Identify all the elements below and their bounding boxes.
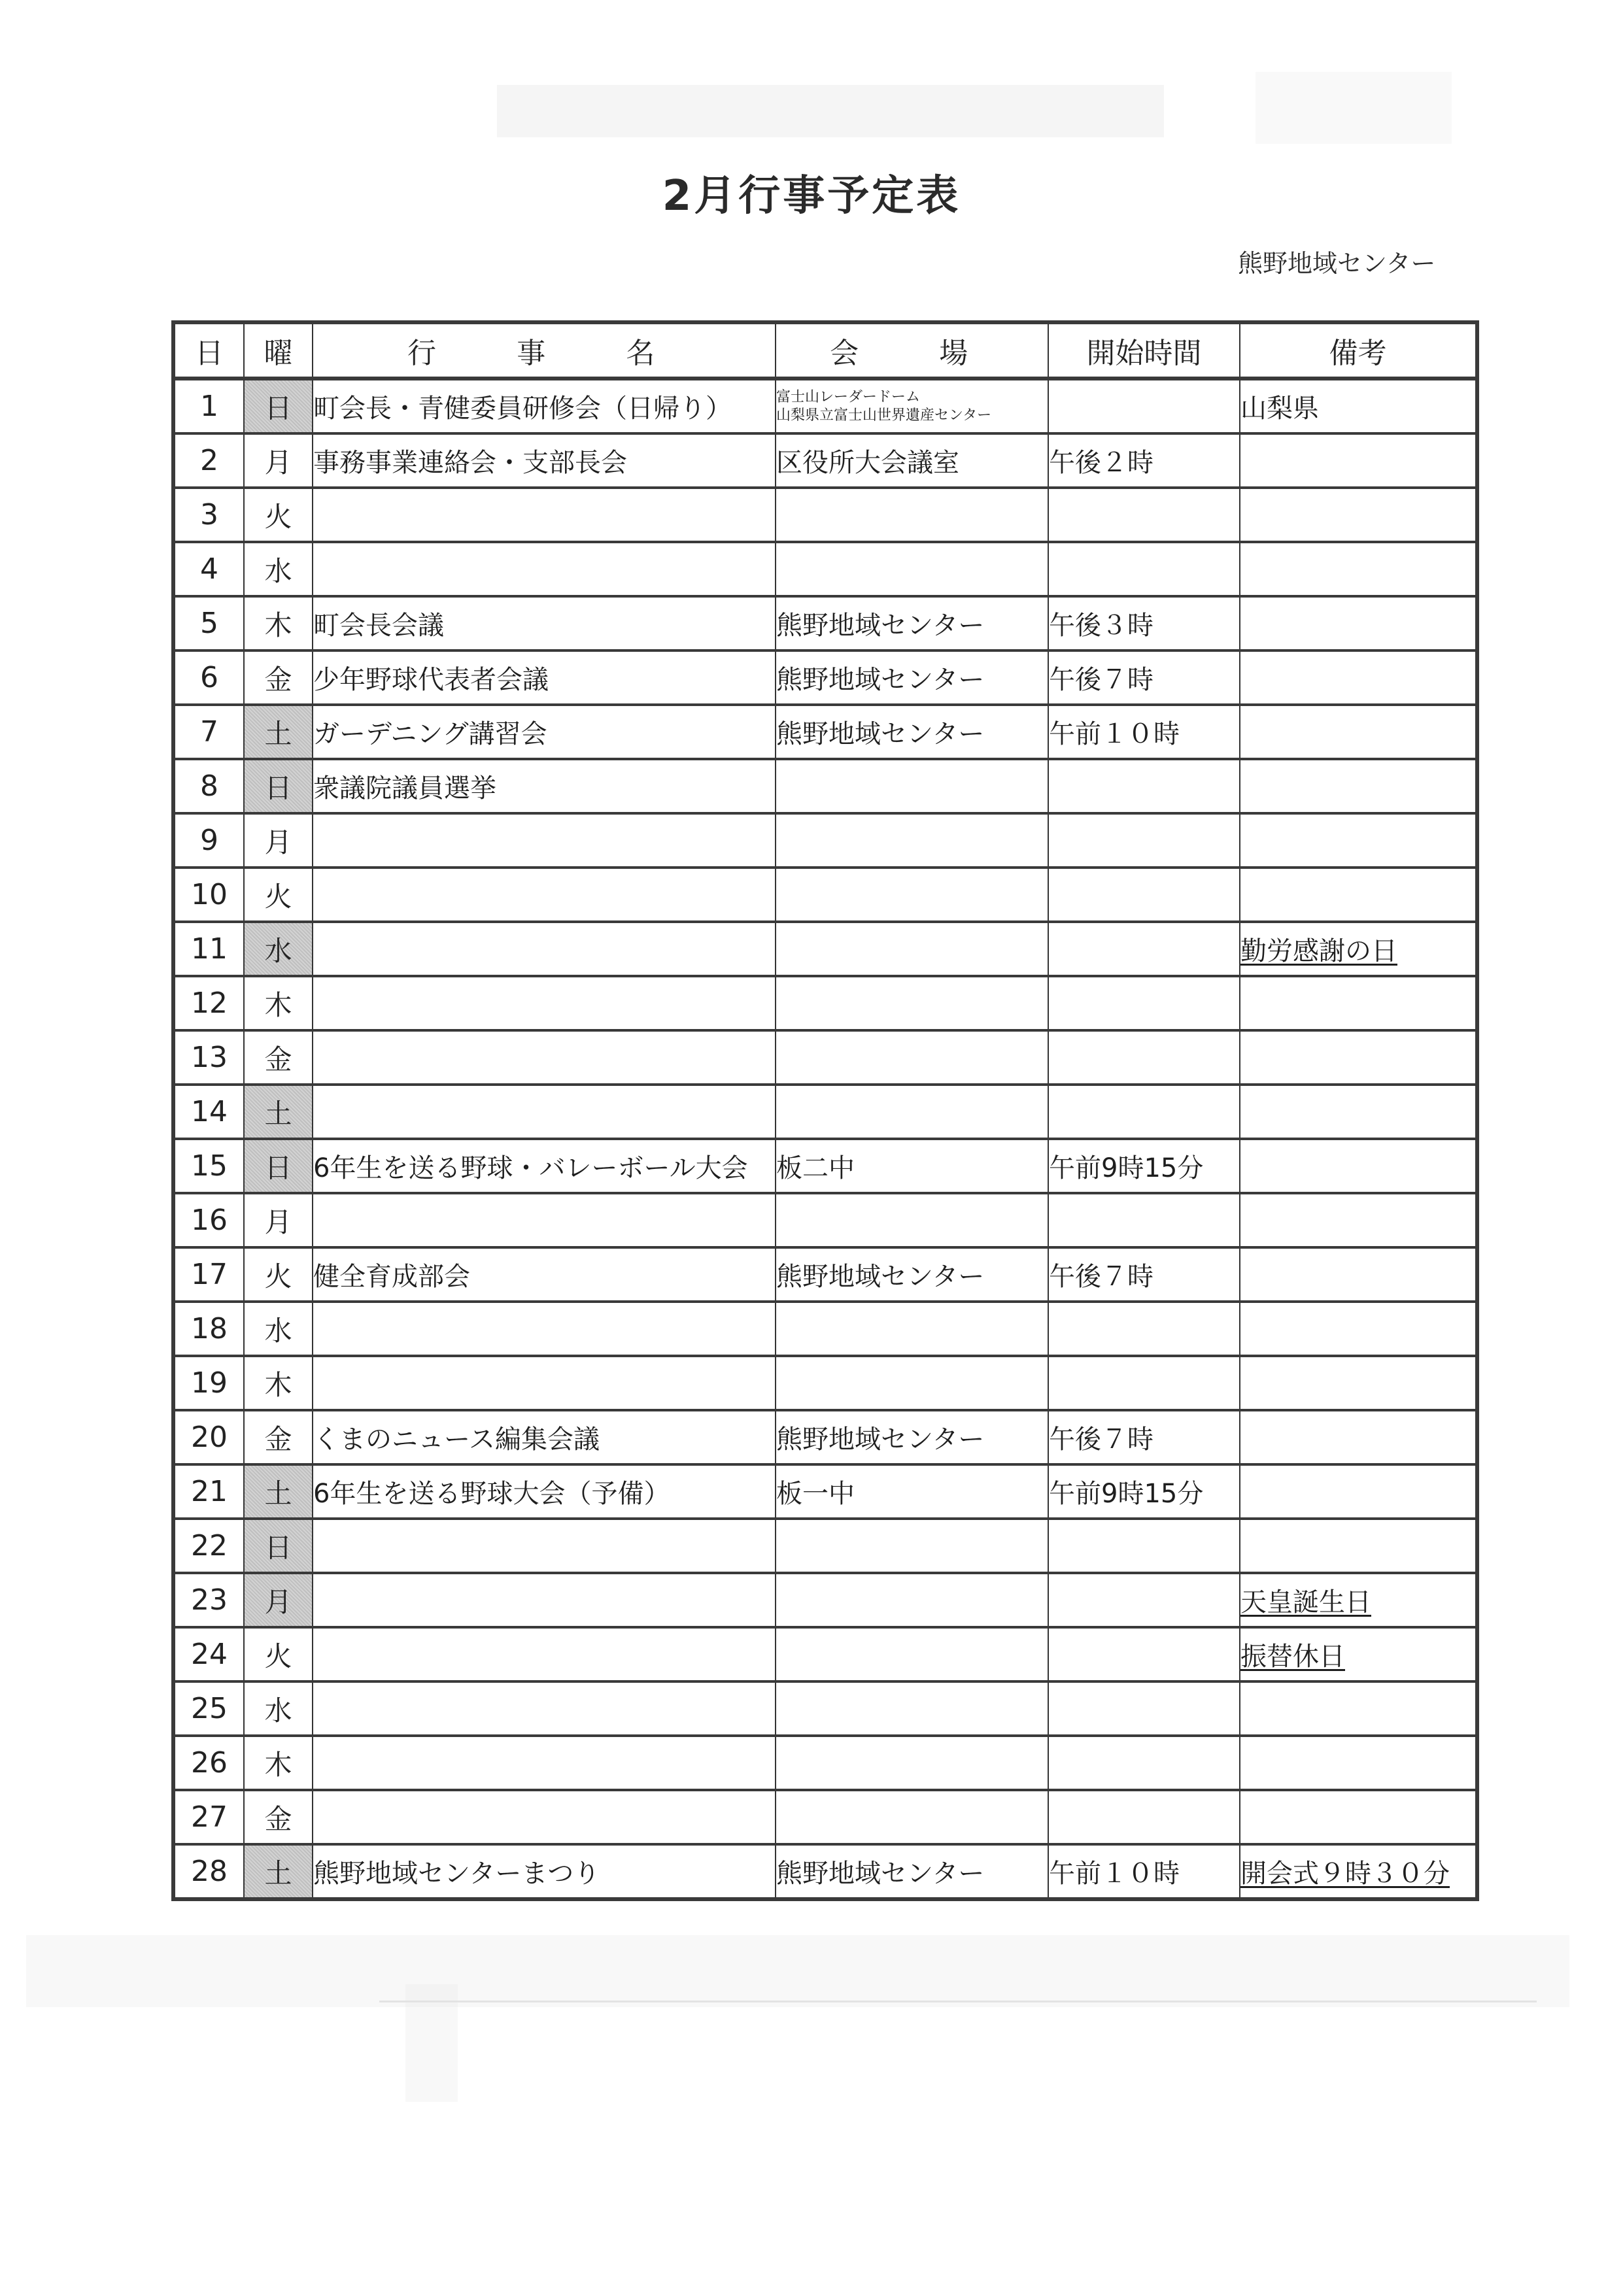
day-cell: 24 (173, 1627, 244, 1681)
table-row: 19木 (173, 1356, 1477, 1410)
start-time-cell (1048, 1736, 1240, 1790)
day-cell: 5 (173, 596, 244, 650)
event-name-cell (313, 1030, 776, 1085)
day-cell: 13 (173, 1030, 244, 1085)
venue-cell (776, 1736, 1048, 1790)
day-cell: 16 (173, 1193, 244, 1247)
venue-cell (776, 488, 1048, 542)
venue-cell (776, 1193, 1048, 1247)
venue-cell: 熊野地域センター (776, 1844, 1048, 1899)
venue-cell (776, 1627, 1048, 1681)
weekday-cell: 水 (244, 922, 313, 976)
table-row: 21土6年生を送る野球大会（予備）板一中午前9時15分 (173, 1464, 1477, 1519)
start-time-cell (1048, 1302, 1240, 1356)
table-row: 11水勤労感謝の日 (173, 922, 1477, 976)
table-row: 13金 (173, 1030, 1477, 1085)
day-cell: 23 (173, 1573, 244, 1627)
table-row: 6金少年野球代表者会議熊野地域センター午後７時 (173, 650, 1477, 705)
start-time-cell: 午後７時 (1048, 1410, 1240, 1464)
notes-cell (1240, 1464, 1477, 1519)
notes-cell (1240, 868, 1477, 922)
note-text: 振替休日 (1240, 1642, 1345, 1672)
day-cell: 4 (173, 542, 244, 596)
start-time-cell (1048, 1356, 1240, 1410)
table-row: 20金くまのニュース編集会議熊野地域センター午後７時 (173, 1410, 1477, 1464)
venue-cell: 熊野地域センター (776, 705, 1048, 759)
venue-cell (776, 813, 1048, 868)
bleed-through-texture (379, 2001, 1537, 2002)
note-text: 勤労感謝の日 (1240, 936, 1397, 966)
table-row: 10火 (173, 868, 1477, 922)
day-cell: 3 (173, 488, 244, 542)
start-time-cell (1048, 868, 1240, 922)
start-time-cell (1048, 813, 1240, 868)
start-time-cell (1048, 922, 1240, 976)
event-name-cell (313, 1085, 776, 1139)
venue-cell (776, 1085, 1048, 1139)
notes-cell (1240, 759, 1477, 813)
day-cell: 14 (173, 1085, 244, 1139)
start-time-cell (1048, 488, 1240, 542)
day-cell: 12 (173, 976, 244, 1030)
event-name-cell (313, 1627, 776, 1681)
weekday-cell: 土 (244, 1085, 313, 1139)
venue-cell (776, 1519, 1048, 1573)
notes-cell (1240, 1681, 1477, 1736)
event-name-cell: 熊野地域センターまつり (313, 1844, 776, 1899)
weekday-cell: 土 (244, 1464, 313, 1519)
venue-cell (776, 1356, 1048, 1410)
event-name-cell (313, 813, 776, 868)
table-row: 17火健全育成部会熊野地域センター午後７時 (173, 1247, 1477, 1302)
day-cell: 7 (173, 705, 244, 759)
header-notes: 備考 (1240, 322, 1477, 379)
schedule-table: 日 曜 行 事 名 会 場 開始時間 備考 1日町会長・青健委員研修会（日帰り）… (171, 320, 1479, 1901)
day-cell: 22 (173, 1519, 244, 1573)
notes-cell (1240, 1030, 1477, 1085)
bleed-through-texture (497, 85, 1164, 137)
venue-line: 山梨県立富士山世界遺産センター (776, 407, 1048, 425)
table-row: 26木 (173, 1736, 1477, 1790)
notes-cell (1240, 1790, 1477, 1844)
notes-cell (1240, 1410, 1477, 1464)
event-name-cell (313, 922, 776, 976)
start-time-cell: 午前１０時 (1048, 1844, 1240, 1899)
weekday-cell: 月 (244, 813, 313, 868)
day-cell: 28 (173, 1844, 244, 1899)
event-name-cell: 町会長・青健委員研修会（日帰り） (313, 379, 776, 433)
event-name-cell (313, 976, 776, 1030)
event-name-cell (313, 1302, 776, 1356)
table-row: 22日 (173, 1519, 1477, 1573)
table-row: 28土熊野地域センターまつり熊野地域センター午前１０時開会式９時３０分 (173, 1844, 1477, 1899)
day-cell: 20 (173, 1410, 244, 1464)
venue-cell: 熊野地域センター (776, 650, 1048, 705)
event-name-cell: 健全育成部会 (313, 1247, 776, 1302)
notes-cell (1240, 542, 1477, 596)
weekday-cell: 日 (244, 759, 313, 813)
event-name-cell (313, 1356, 776, 1410)
venue-cell (776, 868, 1048, 922)
event-name-cell: 6年生を送る野球・バレーボール大会 (313, 1139, 776, 1193)
notes-cell (1240, 596, 1477, 650)
weekday-cell: 木 (244, 1736, 313, 1790)
notes-cell: 勤労感謝の日 (1240, 922, 1477, 976)
table-row: 3火 (173, 488, 1477, 542)
notes-cell (1240, 1139, 1477, 1193)
weekday-cell: 木 (244, 976, 313, 1030)
event-name-cell: くまのニュース編集会議 (313, 1410, 776, 1464)
notes-cell (1240, 1193, 1477, 1247)
weekday-cell: 火 (244, 868, 313, 922)
weekday-cell: 火 (244, 488, 313, 542)
start-time-cell (1048, 1519, 1240, 1573)
notes-cell (1240, 488, 1477, 542)
venue-cell (776, 922, 1048, 976)
notes-cell (1240, 1519, 1477, 1573)
table-row: 8日衆議院議員選挙 (173, 759, 1477, 813)
weekday-cell: 金 (244, 1410, 313, 1464)
note-text: 天皇誕生日 (1240, 1587, 1371, 1617)
venue-cell: 板一中 (776, 1464, 1048, 1519)
weekday-cell: 金 (244, 1030, 313, 1085)
weekday-cell: 月 (244, 1573, 313, 1627)
weekday-cell: 火 (244, 1247, 313, 1302)
notes-cell (1240, 1736, 1477, 1790)
weekday-cell: 日 (244, 1139, 313, 1193)
organization-name: 熊野地域センター (1238, 243, 1435, 279)
weekday-cell: 金 (244, 650, 313, 705)
notes-cell (1240, 433, 1477, 488)
table-row: 27金 (173, 1790, 1477, 1844)
table-row: 18水 (173, 1302, 1477, 1356)
table-row: 4水 (173, 542, 1477, 596)
notes-cell (1240, 650, 1477, 705)
table-row: 1日町会長・青健委員研修会（日帰り）富士山レーダードーム山梨県立富士山世界遺産セ… (173, 379, 1477, 433)
venue-cell: 板二中 (776, 1139, 1048, 1193)
weekday-cell: 土 (244, 1844, 313, 1899)
venue-cell (776, 1302, 1048, 1356)
start-time-cell (1048, 1573, 1240, 1627)
table-row: 7土ガーデニング講習会熊野地域センター午前１０時 (173, 705, 1477, 759)
notes-cell: 開会式９時３０分 (1240, 1844, 1477, 1899)
venue-cell: 区役所大会議室 (776, 433, 1048, 488)
header-weekday: 曜 (244, 322, 313, 379)
day-cell: 15 (173, 1139, 244, 1193)
event-name-cell: 事務事業連絡会・支部長会 (313, 433, 776, 488)
venue-cell (776, 759, 1048, 813)
day-cell: 9 (173, 813, 244, 868)
event-name-cell (313, 488, 776, 542)
day-cell: 19 (173, 1356, 244, 1410)
start-time-cell (1048, 759, 1240, 813)
event-name-cell (313, 1519, 776, 1573)
event-name-cell (313, 1681, 776, 1736)
start-time-cell (1048, 379, 1240, 433)
start-time-cell (1048, 542, 1240, 596)
venue-line: 富士山レーダードーム (776, 388, 1048, 407)
day-cell: 17 (173, 1247, 244, 1302)
notes-cell (1240, 976, 1477, 1030)
header-day: 日 (173, 322, 244, 379)
table-row: 12木 (173, 976, 1477, 1030)
header-start-time: 開始時間 (1048, 322, 1240, 379)
event-name-cell (313, 1736, 776, 1790)
venue-cell (776, 1030, 1048, 1085)
weekday-cell: 月 (244, 433, 313, 488)
weekday-cell: 木 (244, 1356, 313, 1410)
start-time-cell: 午前１０時 (1048, 705, 1240, 759)
day-cell: 27 (173, 1790, 244, 1844)
weekday-cell: 水 (244, 1681, 313, 1736)
start-time-cell (1048, 1790, 1240, 1844)
header-venue: 会 場 (776, 322, 1048, 379)
start-time-cell: 午前9時15分 (1048, 1139, 1240, 1193)
notes-cell (1240, 1247, 1477, 1302)
table-row: 5木町会長会議熊野地域センター午後３時 (173, 596, 1477, 650)
start-time-cell: 午後７時 (1048, 650, 1240, 705)
table-row: 14土 (173, 1085, 1477, 1139)
bleed-through-texture (1256, 72, 1452, 144)
event-name-cell: ガーデニング講習会 (313, 705, 776, 759)
notes-cell (1240, 813, 1477, 868)
event-name-cell (313, 1790, 776, 1844)
event-name-cell: 6年生を送る野球大会（予備） (313, 1464, 776, 1519)
header-event: 行 事 名 (313, 322, 776, 379)
notes-cell: 振替休日 (1240, 1627, 1477, 1681)
table-row: 15日6年生を送る野球・バレーボール大会板二中午前9時15分 (173, 1139, 1477, 1193)
table-row: 25水 (173, 1681, 1477, 1736)
table-row: 9月 (173, 813, 1477, 868)
bleed-through-texture (26, 1935, 1569, 2007)
day-cell: 11 (173, 922, 244, 976)
page-title: 2月行事予定表 (0, 162, 1623, 222)
day-cell: 8 (173, 759, 244, 813)
start-time-cell: 午後７時 (1048, 1247, 1240, 1302)
table-row: 2月事務事業連絡会・支部長会区役所大会議室午後２時 (173, 433, 1477, 488)
venue-cell (776, 1790, 1048, 1844)
notes-cell (1240, 1085, 1477, 1139)
event-name-cell (313, 1193, 776, 1247)
day-cell: 26 (173, 1736, 244, 1790)
start-time-cell (1048, 1085, 1240, 1139)
start-time-cell (1048, 1193, 1240, 1247)
notes-cell (1240, 1302, 1477, 1356)
venue-cell: 熊野地域センター (776, 596, 1048, 650)
day-cell: 21 (173, 1464, 244, 1519)
notes-cell (1240, 1356, 1477, 1410)
note-text: 山梨県 (1240, 394, 1319, 424)
schedule-body: 1日町会長・青健委員研修会（日帰り）富士山レーダードーム山梨県立富士山世界遺産セ… (173, 379, 1477, 1899)
weekday-cell: 金 (244, 1790, 313, 1844)
venue-cell (776, 1681, 1048, 1736)
weekday-cell: 日 (244, 379, 313, 433)
event-name-cell (313, 542, 776, 596)
weekday-cell: 水 (244, 542, 313, 596)
venue-cell (776, 1573, 1048, 1627)
day-cell: 10 (173, 868, 244, 922)
event-name-cell: 衆議院議員選挙 (313, 759, 776, 813)
start-time-cell: 午後２時 (1048, 433, 1240, 488)
notes-cell (1240, 705, 1477, 759)
weekday-cell: 水 (244, 1302, 313, 1356)
table-row: 23月天皇誕生日 (173, 1573, 1477, 1627)
event-name-cell (313, 1573, 776, 1627)
weekday-cell: 土 (244, 705, 313, 759)
start-time-cell (1048, 1627, 1240, 1681)
notes-cell: 山梨県 (1240, 379, 1477, 433)
day-cell: 18 (173, 1302, 244, 1356)
event-name-cell: 少年野球代表者会議 (313, 650, 776, 705)
day-cell: 6 (173, 650, 244, 705)
start-time-cell: 午後３時 (1048, 596, 1240, 650)
note-text: 開会式９時３０分 (1240, 1859, 1450, 1889)
venue-cell: 熊野地域センター (776, 1410, 1048, 1464)
weekday-cell: 日 (244, 1519, 313, 1573)
day-cell: 2 (173, 433, 244, 488)
event-name-cell: 町会長会議 (313, 596, 776, 650)
venue-cell (776, 976, 1048, 1030)
weekday-cell: 月 (244, 1193, 313, 1247)
start-time-cell: 午前9時15分 (1048, 1464, 1240, 1519)
table-row: 24火振替休日 (173, 1627, 1477, 1681)
table-header-row: 日 曜 行 事 名 会 場 開始時間 備考 (173, 322, 1477, 379)
venue-cell: 熊野地域センター (776, 1247, 1048, 1302)
weekday-cell: 木 (244, 596, 313, 650)
weekday-cell: 火 (244, 1627, 313, 1681)
notes-cell: 天皇誕生日 (1240, 1573, 1477, 1627)
start-time-cell (1048, 1681, 1240, 1736)
table-row: 16月 (173, 1193, 1477, 1247)
venue-cell (776, 542, 1048, 596)
venue-cell: 富士山レーダードーム山梨県立富士山世界遺産センター (776, 379, 1048, 433)
start-time-cell (1048, 976, 1240, 1030)
start-time-cell (1048, 1030, 1240, 1085)
day-cell: 25 (173, 1681, 244, 1736)
event-name-cell (313, 868, 776, 922)
day-cell: 1 (173, 379, 244, 433)
